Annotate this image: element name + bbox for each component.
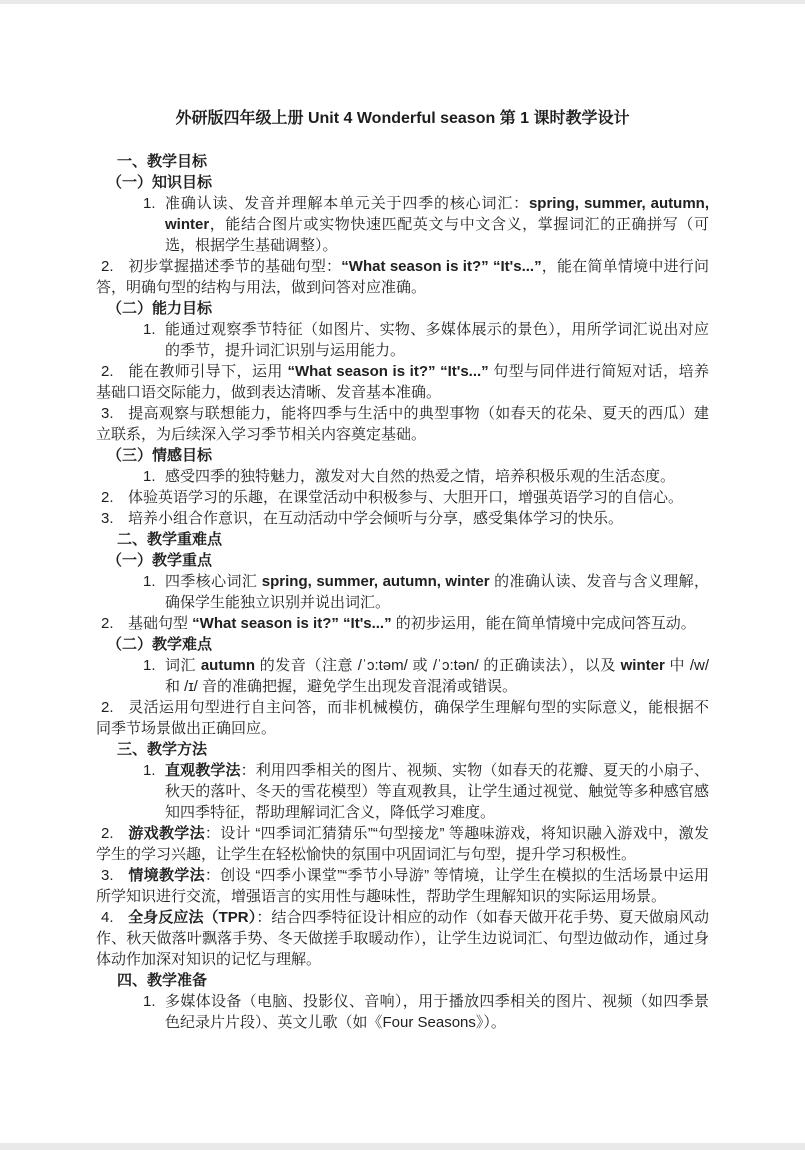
item-number: 2. [96,823,128,844]
item-number: 2. [96,613,128,634]
text-run: 感受四季的独特魅力，激发对大自然的热爱之情，培养积极乐观的生活态度。 [165,468,675,485]
item-number: 2. [96,697,128,718]
item-number: 1. [143,193,156,214]
text-run: 准确认读、发音并理解本单元关于四季的核心词汇： [165,195,529,212]
text-run: 游戏教学法 [128,825,205,842]
page-boundary-bottom [0,1143,805,1150]
item-number: 4. [96,907,128,928]
text-run: 的初步运用，能在简单情境中完成问答互动。 [392,615,696,632]
subsection-heading: （二）能力目标 [96,298,709,319]
text-run: 提高观察与联想能力，能将四季与生活中的典型事物（如春天的花朵、夏天的西瓜）建立联… [96,405,709,443]
item-number: 1. [143,319,156,340]
numbered-paragraph: 2.能在教师引导下，运用 “What season is it?” “It's.… [96,361,709,403]
heading-text: （二）能力目标 [107,300,212,317]
text-run: spring, summer, autumn, winter [262,573,490,590]
text-run: 词汇 [165,657,201,674]
list-item: 1.多媒体设备（电脑、投影仪、音响），用于播放四季相关的图片、视频（如四季景色纪… [96,991,709,1033]
list-item: 1.感受四季的独特魅力，激发对大自然的热爱之情，培养积极乐观的生活态度。 [96,466,709,487]
text-run: 多媒体设备（电脑、投影仪、音响），用于播放四季相关的图片、视频（如四季景色纪录片… [165,993,709,1031]
text-run: 能通过观察季节特征（如图片、实物、多媒体展示的景色），用所学词汇说出对应的季节，… [165,321,709,359]
item-number: 3. [96,508,128,529]
text-run: winter [621,657,665,674]
numbered-paragraph: 3.提高观察与联想能力，能将四季与生活中的典型事物（如春天的花朵、夏天的西瓜）建… [96,403,709,445]
numbered-paragraph: 2.游戏教学法：设计 “四季词汇猜猜乐”“句型接龙” 等趣味游戏，将知识融入游戏… [96,823,709,865]
heading-text: 三、教学方法 [117,741,207,758]
item-number: 3. [96,403,128,424]
numbered-paragraph: 2.体验英语学习的乐趣，在课堂活动中积极参与、大胆开口，增强英语学习的自信心。 [96,487,709,508]
item-number: 2. [96,361,128,382]
item-number: 1. [143,655,156,676]
heading-text: （一）知识目标 [107,174,212,191]
text-run: “What season is it?” “It's...” [192,615,391,632]
text-run: 四季核心词汇 [165,573,262,590]
numbered-paragraph: 2.基础句型 “What season is it?” “It's...” 的初… [96,613,709,634]
text-run: ：利用四季相关的图片、视频、实物（如春天的花瓣、夏天的小扇子、秋天的落叶、冬天的… [165,762,709,821]
heading-text: （二）教学难点 [107,636,212,653]
subsection-heading: （二）教学难点 [96,634,709,655]
text-run: 的发音（注意 /ˈɔ:təm/ 或 /ˈɔ:tən/ 的正确读法），以及 [255,657,621,674]
subsection-heading: （三）情感目标 [96,445,709,466]
subsection-heading: （一）知识目标 [96,172,709,193]
text-run: 灵活运用句型进行自主问答，而非机械模仿，确保学生理解句型的实际意义，能根据不同季… [96,699,709,737]
text-run: “What season is it?” “It's...” [341,258,541,275]
heading-text: （一）教学重点 [107,552,212,569]
item-number: 1. [143,991,156,1012]
document-title: 外研版四年级上册 Unit 4 Wonderful season 第 1 课时教… [0,4,805,129]
text-run: 基础句型 [128,615,192,632]
text-run: ，能结合图片或实物快速匹配英文与中文含义，掌握词汇的正确拼写（可选，根据学生基础… [165,216,709,254]
section-heading: 三、教学方法 [96,739,709,760]
section-heading: 四、教学准备 [96,970,709,991]
list-item: 1.四季核心词汇 spring, summer, autumn, winter … [96,571,709,613]
item-number: 1. [143,466,156,487]
text-run: 情境教学法 [128,867,205,884]
item-number: 2. [96,487,128,508]
numbered-paragraph: 2.灵活运用句型进行自主问答，而非机械模仿，确保学生理解句型的实际意义，能根据不… [96,697,709,739]
item-number: 1. [143,760,156,781]
numbered-paragraph: 4.全身反应法（TPR）：结合四季特征设计相应的动作（如春天做开花手势、夏天做扇… [96,907,709,970]
numbered-paragraph: 2.初步掌握描述季节的基础句型：“What season is it?” “It… [96,256,709,298]
document-page: 外研版四年级上册 Unit 4 Wonderful season 第 1 课时教… [0,4,805,1143]
list-item: 1.准确认读、发音并理解本单元关于四季的核心词汇：spring, summer,… [96,193,709,256]
numbered-paragraph: 3.情境教学法：创设 “四季小课堂”“季节小导游” 等情境，让学生在模拟的生活场… [96,865,709,907]
text-run: 体验英语学习的乐趣，在课堂活动中积极参与、大胆开口，增强英语学习的自信心。 [128,489,683,506]
text-run: 全身反应法（TPR） [128,909,256,926]
list-item: 1.能通过观察季节特征（如图片、实物、多媒体展示的景色），用所学词汇说出对应的季… [96,319,709,361]
document-body: 一、教学目标（一）知识目标1.准确认读、发音并理解本单元关于四季的核心词汇：sp… [0,151,805,1033]
item-number: 2. [96,256,128,277]
text-run: “What season is it?” “It's...” [287,363,488,380]
heading-text: 一、教学目标 [117,153,207,170]
text-run: 直观教学法 [165,762,241,779]
item-number: 1. [143,571,156,592]
text-run: 培养小组合作意识，在互动活动中学会倾听与分享，感受集体学习的快乐。 [128,510,623,527]
list-item: 1.直观教学法：利用四季相关的图片、视频、实物（如春天的花瓣、夏天的小扇子、秋天… [96,760,709,823]
heading-text: （三）情感目标 [107,447,212,464]
list-item: 1.词汇 autumn 的发音（注意 /ˈɔ:təm/ 或 /ˈɔ:tən/ 的… [96,655,709,697]
item-number: 3. [96,865,128,886]
text-run: autumn [201,657,255,674]
section-heading: 一、教学目标 [96,151,709,172]
text-run: 能在教师引导下，运用 [128,363,287,380]
text-run: 初步掌握描述季节的基础句型： [128,258,341,275]
subsection-heading: （一）教学重点 [96,550,709,571]
section-heading: 二、教学重难点 [96,529,709,550]
heading-text: 四、教学准备 [117,972,207,989]
heading-text: 二、教学重难点 [117,531,222,548]
numbered-paragraph: 3.培养小组合作意识，在互动活动中学会倾听与分享，感受集体学习的快乐。 [96,508,709,529]
